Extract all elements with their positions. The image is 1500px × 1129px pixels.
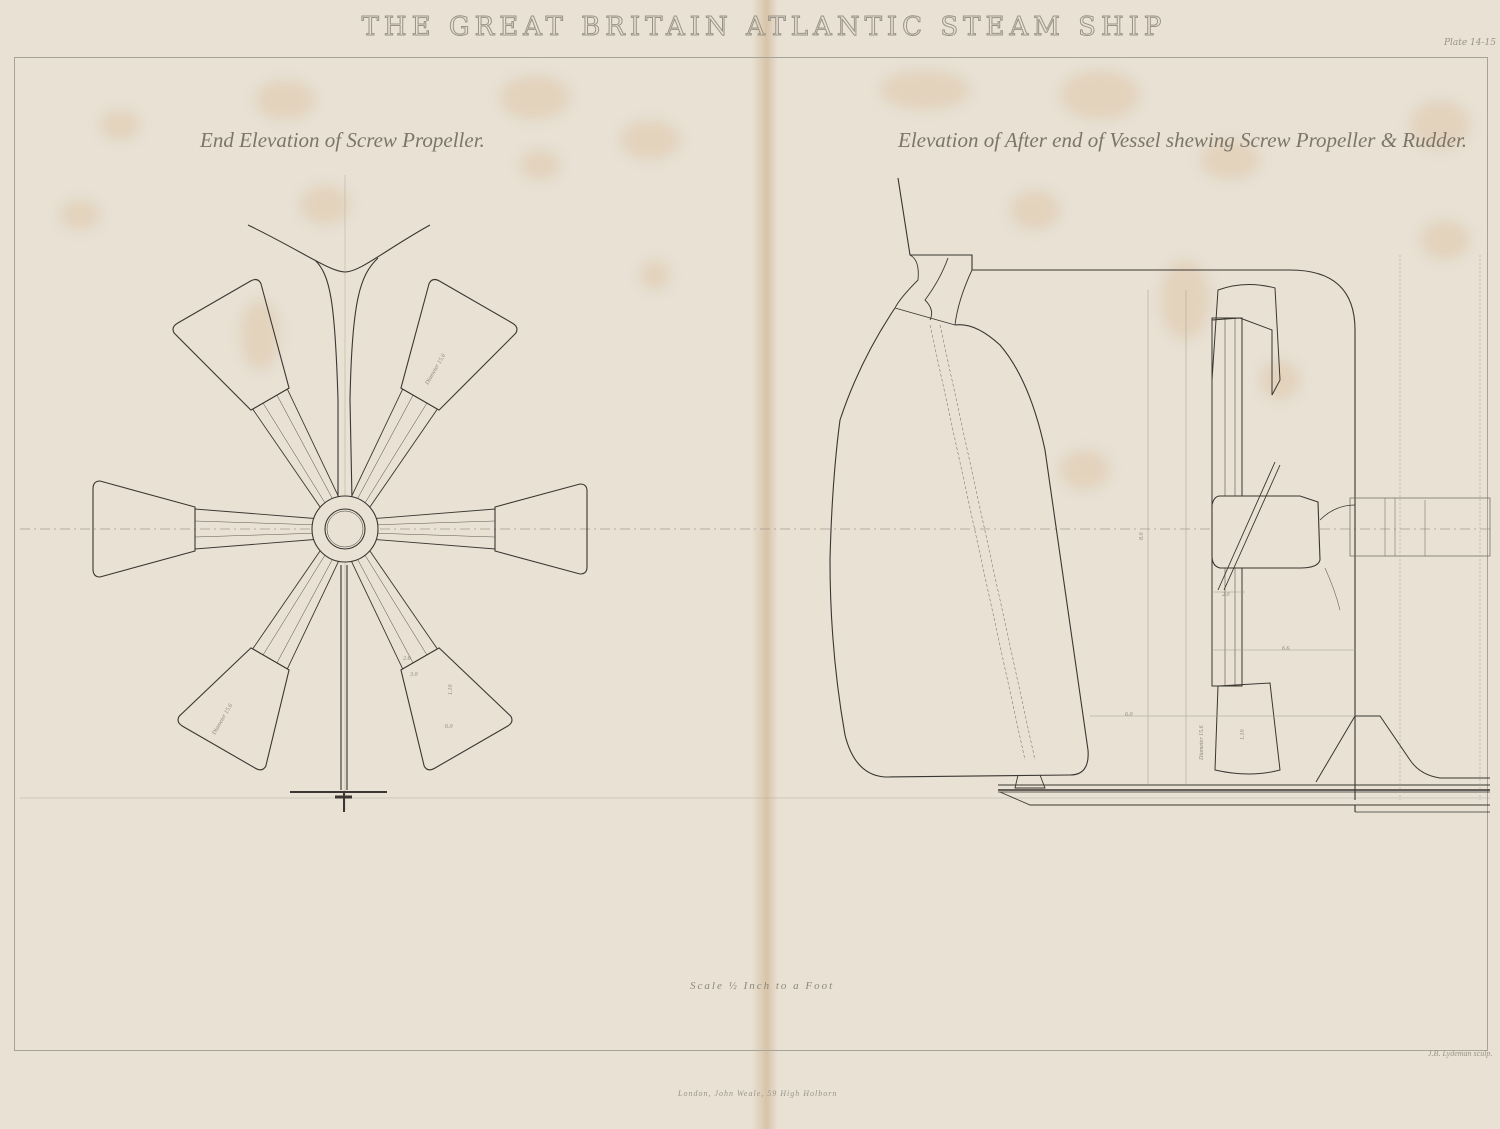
propeller-end-elevation — [93, 225, 587, 812]
dimension-label: 6.0 — [1125, 712, 1133, 718]
rudder-outline — [830, 308, 1088, 777]
dimension-label: 1.10 — [448, 685, 454, 696]
after-end-elevation — [830, 178, 1490, 812]
dimension-label: 1.10 — [1240, 730, 1246, 741]
dimension-label: Diameter 15.6 — [1199, 725, 1205, 761]
dimension-label: Diameter 15.6 — [424, 353, 447, 387]
dimension-label: 8.0 — [1139, 533, 1145, 541]
propeller-hub — [312, 496, 378, 562]
technical-drawing: Diameter 15.6 Diameter 15.6 2.6 3.0 1.10… — [0, 0, 1500, 1129]
drawing-plate: THE GREAT BRITAIN ATLANTIC STEAM SHIP Pl… — [0, 0, 1500, 1129]
publisher-imprint: London, John Weale, 59 High Holborn — [678, 1089, 837, 1098]
dimension-label: Diameter 15.6 — [211, 703, 234, 737]
dimension-label: 2.6 — [403, 656, 411, 662]
dimension-label: 2.0 — [1222, 592, 1230, 598]
dimension-label: 3.0 — [409, 672, 418, 678]
engraver-credit: J.B. Lydeman sculp. — [1428, 1049, 1492, 1058]
dimension-label: 6.6 — [1282, 646, 1290, 652]
scale-note: Scale ½ Inch to a Foot — [690, 980, 834, 992]
dimension-label: 6.0 — [445, 724, 453, 730]
